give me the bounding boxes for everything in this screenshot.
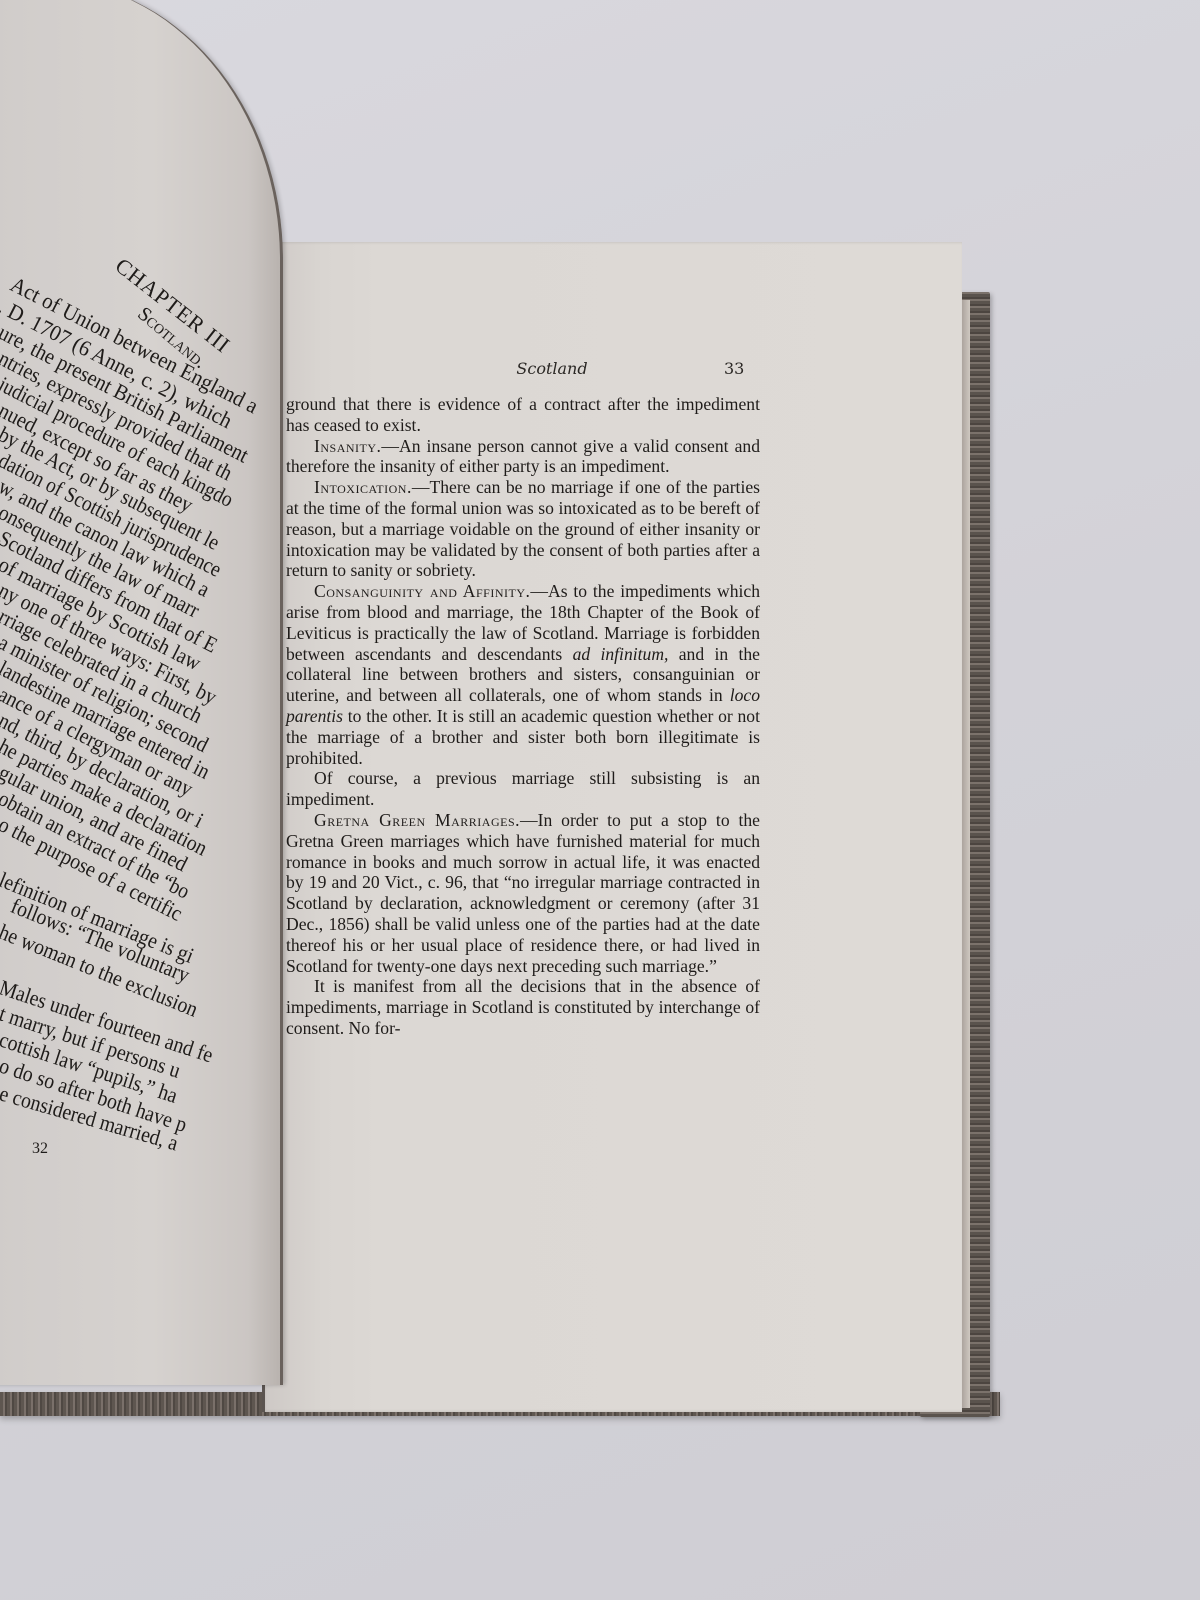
paragraph-consent: It is manifest from all the decisions th… bbox=[286, 976, 760, 1038]
paragraph-text: Of course, a previous marriage still sub… bbox=[286, 768, 760, 809]
photo-scene: Scotland 33 ground that there is evidenc… bbox=[0, 0, 1200, 1600]
right-page: Scotland 33 ground that there is evidenc… bbox=[262, 242, 962, 1412]
paragraph-text: to the other. It is still an academic qu… bbox=[286, 706, 760, 768]
paragraph: ground that there is evidence of a contr… bbox=[286, 394, 760, 436]
running-title: Scotland bbox=[482, 359, 622, 378]
paragraph-consanguinity: Consanguinity and Affinity.—As to the im… bbox=[286, 581, 760, 768]
body-text: ground that there is evidence of a contr… bbox=[286, 394, 760, 1039]
paragraph-text: ground that there is evidence of a contr… bbox=[286, 394, 760, 435]
paragraph-heading: Gretna Green Marriages. bbox=[314, 810, 520, 830]
paragraph-text: It is manifest from all the decisions th… bbox=[286, 976, 760, 1038]
paragraph-heading: Insanity. bbox=[314, 436, 381, 456]
paragraph-heading: Intoxication. bbox=[314, 477, 412, 497]
running-head: Scotland 33 bbox=[262, 359, 1004, 383]
paragraph-text: —In order to put a stop to the Gretna Gr… bbox=[286, 810, 760, 976]
paragraph-insanity: Insanity.—An insane person cannot give a… bbox=[286, 436, 760, 478]
paragraph-gretna-green: Gretna Green Marriages.—In order to put … bbox=[286, 810, 760, 976]
paragraph-intoxication: Intoxication.—There can be no marriage i… bbox=[286, 477, 760, 581]
left-page bbox=[0, 0, 283, 1385]
paragraph-heading: Consanguinity and Affinity. bbox=[314, 581, 530, 601]
latin-phrase: ad infinitum, bbox=[573, 644, 669, 664]
paragraph-previous-marriage: Of course, a previous marriage still sub… bbox=[286, 768, 760, 810]
page-number: 33 bbox=[724, 359, 744, 378]
